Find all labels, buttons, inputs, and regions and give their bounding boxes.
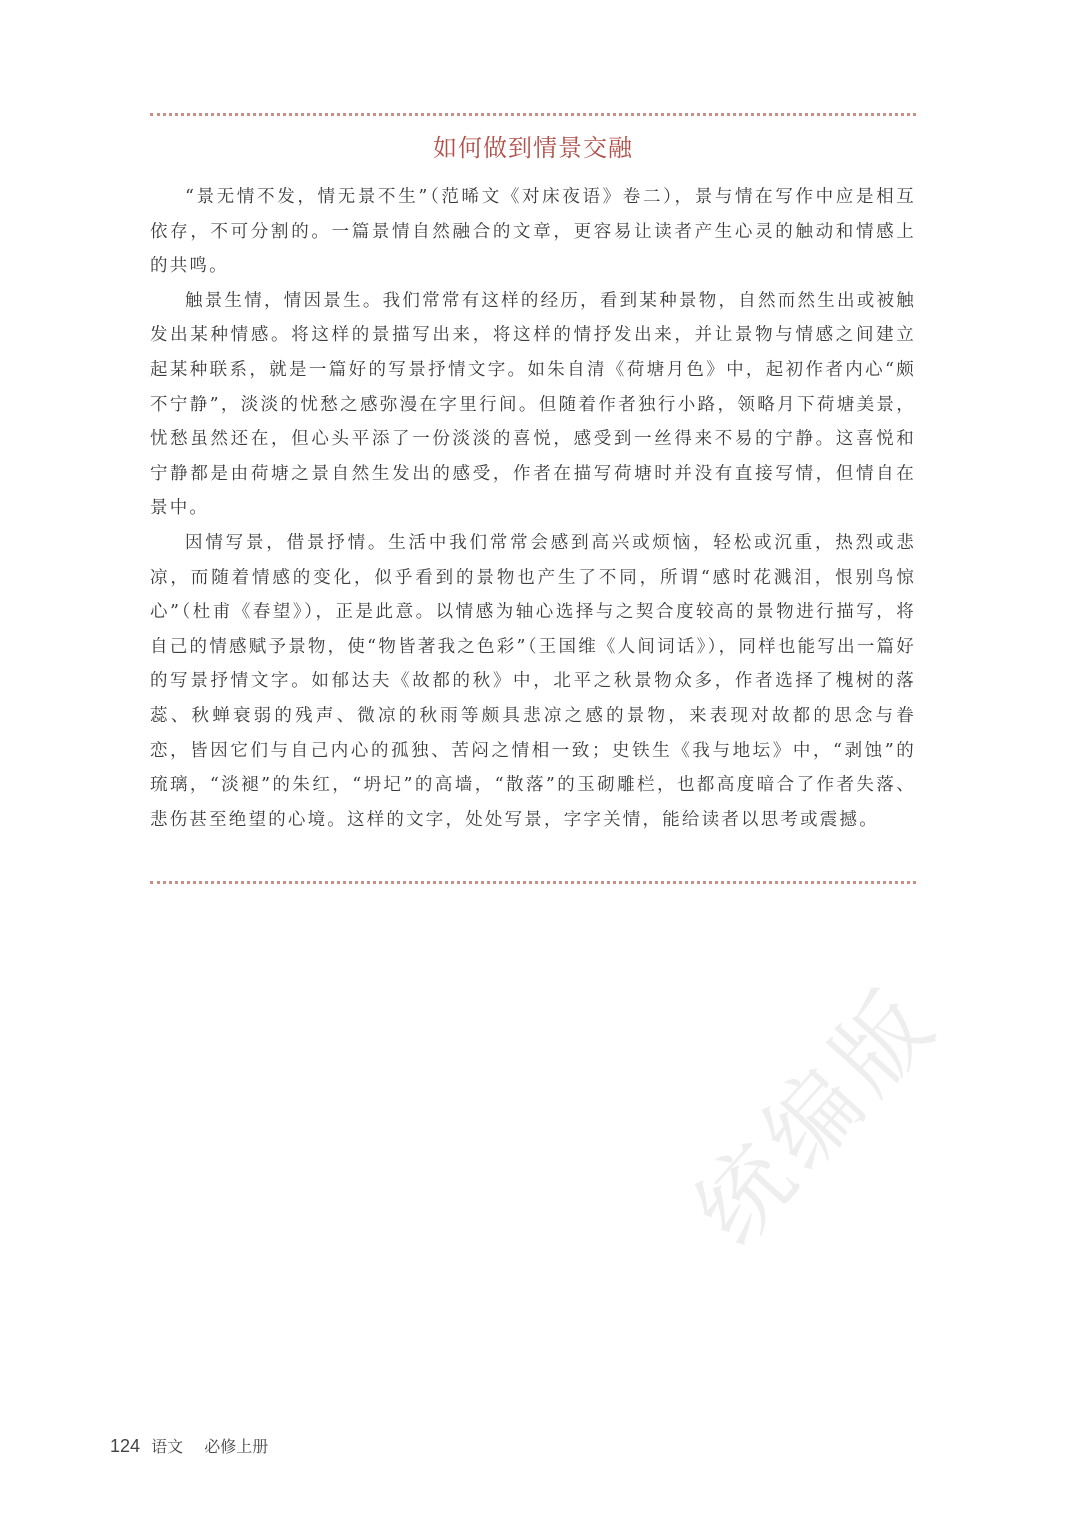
top-dotted-divider: [150, 113, 916, 116]
paragraph: 触景生情，情因景生。我们常常有这样的经历，看到某种景物，自然而然生出或被触发出某…: [150, 284, 916, 526]
section-body: “景无情不发，情无景不生”（范晞文《对床夜语》卷二），景与情在写作中应是相互依存…: [150, 180, 916, 837]
section-title: 如何做到情景交融: [150, 130, 916, 166]
watermark: 统编版: [660, 953, 963, 1269]
page-footer: 124 语文 必修上册: [110, 1434, 268, 1457]
paragraph: 因情写景，借景抒情。生活中我们常常会感到高兴或烦恼，轻松或沉重，热烈或悲凉，而随…: [150, 526, 916, 837]
paragraph: “景无情不发，情无景不生”（范晞文《对床夜语》卷二），景与情在写作中应是相互依存…: [150, 180, 916, 284]
page-number: 124: [110, 1436, 140, 1456]
volume-label: 必修上册: [204, 1437, 268, 1456]
subject-label: 语文: [151, 1437, 183, 1456]
bottom-dotted-divider: [150, 881, 916, 884]
textbook-page: 如何做到情景交融 “景无情不发，情无景不生”（范晞文《对床夜语》卷二），景与情在…: [0, 0, 1080, 1527]
